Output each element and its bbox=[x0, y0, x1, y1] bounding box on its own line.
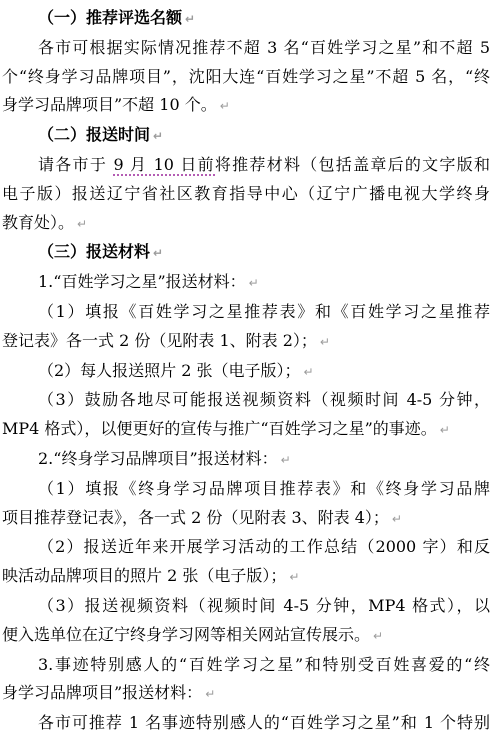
text-line: （2）报送近年来开展学习活动的工作总结（2000 字）和反 bbox=[2, 533, 490, 562]
paragraph-mark-icon: ↵ bbox=[249, 276, 259, 290]
paragraph-mark-icon: ↵ bbox=[281, 453, 291, 467]
text-segment: （2）报送近年来开展学习活动的工作总结（2000 字）和反 bbox=[38, 537, 490, 556]
text-segment: （3）鼓励各地尽可能报送视频资料（视频时间 4-5 分钟， bbox=[38, 390, 490, 409]
paragraph-mark-icon: ↵ bbox=[304, 365, 314, 379]
text-line: 便入选单位在辽宁终身学习网等相关网站宣传展示。↵ bbox=[2, 621, 490, 651]
text-line: 各市可根据实际情况推荐不超 3 名“百姓学习之星”和不超 5 bbox=[2, 34, 490, 63]
paragraph-mark-icon: ↵ bbox=[220, 99, 230, 113]
text-line: （3）报送视频资料（视频时间 4-5 分钟，MP4 格式），以 bbox=[2, 592, 490, 621]
text-line: 个“终身学习品牌项目”，沈阳大连“百姓学习之星”不超 5 名，“终 bbox=[2, 63, 490, 92]
paragraph-mark-icon: ↵ bbox=[440, 423, 450, 437]
text-segment: 2.“终身学习品牌项目”报送材料： bbox=[38, 449, 278, 468]
text-segment: （一）推荐评选名额 bbox=[38, 8, 182, 27]
section-heading-line: （三）报送材料↵ bbox=[2, 238, 490, 268]
text-line: 3.事迹特别感人的“百姓学习之星”和特别受百姓喜爱的“终 bbox=[2, 651, 490, 680]
text-segment: 1.“百姓学习之星”报送材料： bbox=[38, 272, 246, 291]
paragraph-mark-icon: ↵ bbox=[185, 12, 195, 26]
text-segment: 项目推荐登记表》，各一式 2 份（见附表 3、附表 4）； bbox=[2, 508, 389, 527]
text-segment: （3）报送视频资料（视频时间 4-5 分钟，MP4 格式），以 bbox=[38, 596, 490, 615]
document-page: （一）推荐评选名额↵各市可根据实际情况推荐不超 3 名“百姓学习之星”和不超 5… bbox=[0, 0, 492, 732]
text-line: 映活动品牌项目的照片 2 张（电子版）；↵ bbox=[2, 562, 490, 592]
text-segment: （1）填报《百姓学习之星推荐表》和《百姓学习之星推荐 bbox=[38, 302, 490, 321]
text-line: 身学习品牌项目”报送材料：↵ bbox=[2, 679, 490, 709]
section-heading-line: （一）推荐评选名额↵ bbox=[2, 4, 490, 34]
text-line: （1）填报《终身学习品牌项目推荐表》和《终身学习品牌 bbox=[2, 475, 490, 504]
text-line: 1.“百姓学习之星”报送材料：↵ bbox=[2, 268, 490, 298]
text-line: （1）填报《百姓学习之星推荐表》和《百姓学习之星推荐 bbox=[2, 298, 490, 327]
text-line: 登记表》各一式 2 份（见附表 1、附表 2）；↵ bbox=[2, 327, 490, 357]
text-segment: 请各市于 bbox=[38, 155, 113, 174]
text-segment: 电子版）报送辽宁省社区教育指导中心（辽宁广播电视大学终身 bbox=[2, 184, 490, 203]
text-line: 2.“终身学习品牌项目”报送材料：↵ bbox=[2, 445, 490, 475]
text-segment: 身学习品牌项目”报送材料： bbox=[2, 683, 202, 702]
text-segment: 个“终身学习品牌项目”，沈阳大连“百姓学习之星”不超 5 名，“终 bbox=[2, 67, 490, 86]
dotted-underline-text: 9 月 10 日前 bbox=[113, 155, 214, 176]
text-segment: （2）每人报送照片 2 张（电子版）； bbox=[38, 361, 301, 380]
text-segment: 各市可推荐 1 名事迹特别感人的“百姓学习之星”和 1 个特别 bbox=[38, 713, 490, 732]
text-line: 电子版）报送辽宁省社区教育指导中心（辽宁广播电视大学终身 bbox=[2, 180, 490, 209]
text-line: （2）每人报送照片 2 张（电子版）；↵ bbox=[2, 357, 490, 387]
text-line: 项目推荐登记表》，各一式 2 份（见附表 3、附表 4）；↵ bbox=[2, 504, 490, 534]
text-segment: （三）报送材料 bbox=[38, 242, 150, 261]
text-segment: （二）报送时间 bbox=[38, 125, 150, 144]
paragraph-mark-icon: ↵ bbox=[289, 570, 299, 584]
paragraph-mark-icon: ↵ bbox=[153, 129, 163, 143]
text-segment: 登记表》各一式 2 份（见附表 1、附表 2）； bbox=[2, 331, 317, 350]
text-segment: 各市可根据实际情况推荐不超 3 名“百姓学习之星”和不超 5 bbox=[38, 38, 490, 57]
paragraph-mark-icon: ↵ bbox=[373, 629, 383, 643]
text-line: 教育处）。↵ bbox=[2, 209, 490, 239]
paragraph-mark-icon: ↵ bbox=[205, 687, 215, 701]
text-segment: （1）填报《终身学习品牌项目推荐表》和《终身学习品牌 bbox=[38, 479, 490, 498]
text-segment: 便入选单位在辽宁终身学习网等相关网站宣传展示。 bbox=[2, 625, 370, 644]
text-line: 各市可推荐 1 名事迹特别感人的“百姓学习之星”和 1 个特别 bbox=[2, 709, 490, 732]
section-heading-line: （二）报送时间↵ bbox=[2, 121, 490, 151]
paragraph-mark-icon: ↵ bbox=[77, 217, 87, 231]
paragraph-mark-icon: ↵ bbox=[392, 512, 402, 526]
text-line: 请各市于 9 月 10 日前将推荐材料（包括盖章后的文字版和 bbox=[2, 151, 490, 180]
text-segment: 映活动品牌项目的照片 2 张（电子版）； bbox=[2, 566, 286, 585]
text-line: MP4 格式），以便更好的宣传与推广“百姓学习之星”的事迹。↵ bbox=[2, 415, 490, 445]
text-line: 身学习品牌项目”不超 10 个。↵ bbox=[2, 91, 490, 121]
text-segment: 身学习品牌项目”不超 10 个。 bbox=[2, 95, 217, 114]
text-segment: 将推荐材料（包括盖章后的文字版和 bbox=[215, 155, 490, 174]
text-line: （3）鼓励各地尽可能报送视频资料（视频时间 4-5 分钟， bbox=[2, 386, 490, 415]
text-segment: 3.事迹特别感人的“百姓学习之星”和特别受百姓喜爱的“终 bbox=[38, 655, 490, 674]
text-segment: MP4 格式），以便更好的宣传与推广“百姓学习之星”的事迹。 bbox=[2, 419, 437, 438]
text-segment: 教育处）。 bbox=[2, 213, 74, 232]
paragraph-mark-icon: ↵ bbox=[320, 335, 330, 349]
paragraph-mark-icon: ↵ bbox=[153, 246, 163, 260]
